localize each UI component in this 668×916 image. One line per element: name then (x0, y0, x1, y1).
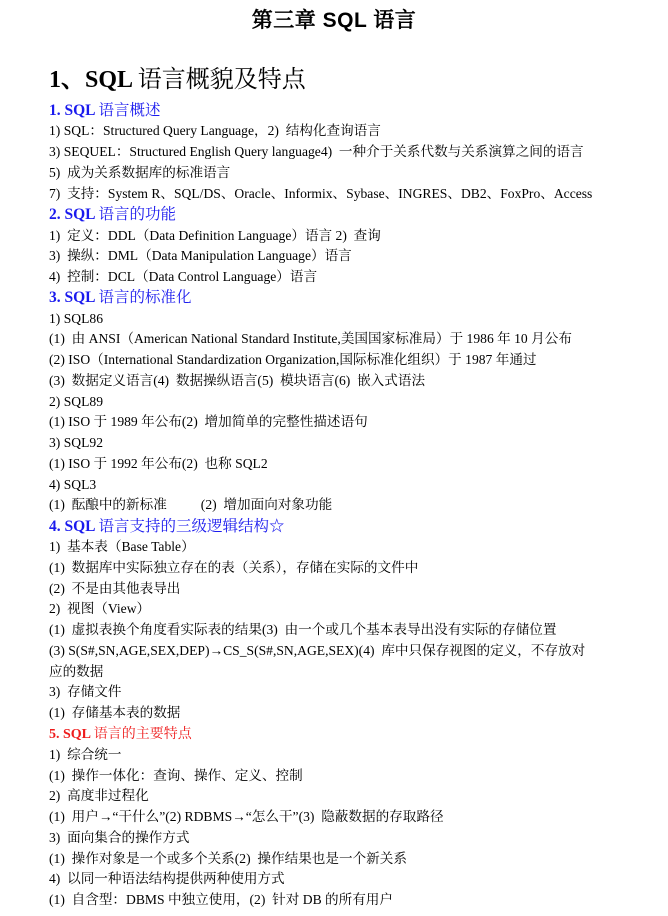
section-heading-logical-structure: 4. SQL 语言支持的三级逻辑结构☆ (49, 517, 285, 537)
text-line: 1) SQL：Structured Query Language，2) 结构化查… (49, 122, 381, 140)
text-line: (1) 虚拟表换个角度看实际表的结果(3) 由一个或几个基本表导出没有实际的存储… (49, 621, 556, 639)
text-line: (3) S(S#,SN,AGE,SEX,DEP)→CS_S(S#,SN,AGE,… (49, 642, 585, 660)
chapter-heading-number: 1、SQL (49, 67, 138, 93)
text-line: 1) 基本表（Base Table） (49, 538, 195, 556)
text-line: (1) 自含型：DBMS 中独立使用，(2) 针对 DB 的所有用户 (49, 891, 393, 909)
text-line: (1) ISO 于 1989 年公布(2) 增加简单的完整性描述语句 (49, 413, 368, 431)
section-number: 1. SQL (49, 102, 99, 119)
section-title: 语言的主要特点 (94, 727, 192, 742)
section-number: 2. SQL (49, 206, 99, 223)
section-heading-overview: 1. SQL 语言概述 (49, 101, 161, 121)
text-line: 1) 定义：DDL（Data Definition Language）语言 2)… (49, 227, 381, 245)
chapter-heading: 1、SQL 语言概貌及特点 (49, 64, 306, 96)
section-heading-features: 5. SQL 语言的主要特点 (49, 725, 192, 745)
text-line: 7) 支持：System R、SQL/DS、Oracle、Informix、Sy… (49, 185, 592, 203)
text-line: 4) SQL3 (49, 476, 96, 494)
text-line: 应的数据 (49, 663, 103, 681)
section-number: 4. SQL (49, 518, 99, 535)
section-title: 语言的标准化 (99, 289, 192, 306)
section-title: 语言概述 (99, 102, 161, 119)
text-line: (1) 存储基本表的数据 (49, 704, 180, 722)
text-line: 2) 高度非过程化 (49, 787, 149, 805)
text-line: (1) 操作对象是一个或多个关系(2) 操作结果也是一个新关系 (49, 850, 407, 868)
section-heading-standardization: 3. SQL 语言的标准化 (49, 288, 192, 308)
text-line: 5) 成为关系数据库的标准语言 (49, 164, 230, 182)
text-line: 3) 面向集合的操作方式 (49, 829, 189, 847)
text-line: (1) ISO 于 1992 年公布(2) 也称 SQL2 (49, 455, 268, 473)
section-number: 3. SQL (49, 289, 99, 306)
section-title: 语言的功能 (99, 206, 177, 223)
text-line: (1) 用户→“干什么”(2) RDBMS→“怎么干”(3) 隐蔽数据的存取路径 (49, 808, 444, 826)
section-title: 语言支持的三级逻辑结构☆ (99, 518, 285, 535)
text-line: (1) 数据库中实际独立存在的表（关系），存储在实际的文件中 (49, 559, 418, 577)
text-line: 3) SEQUEL：Structured English Query langu… (49, 143, 584, 161)
page-title: 第三章 SQL 语言 (0, 6, 668, 36)
text-line: 4) 控制：DCL（Data Control Language）语言 (49, 268, 317, 286)
text-line: (3) 数据定义语言(4) 数据操纵语言(5) 模块语言(6) 嵌入式语法 (49, 372, 425, 390)
chapter-heading-text: 语言概貌及特点 (138, 67, 306, 93)
section-heading-functions: 2. SQL 语言的功能 (49, 205, 176, 225)
section-number: 5. SQL (49, 727, 94, 742)
text-line: 3) 操纵：DML（Data Manipulation Language）语言 (49, 247, 352, 265)
text-line: (1) 操作一体化：查询、操作、定义、控制 (49, 767, 303, 785)
text-line: 3) SQL92 (49, 434, 103, 452)
text-line: 4) 以同一种语法结构提供两种使用方式 (49, 870, 285, 888)
text-line: 3) 存储文件 (49, 683, 122, 701)
text-line: 2) SQL89 (49, 393, 103, 411)
text-line: (1) 由 ANSI（American National Standard In… (49, 330, 572, 348)
text-line: 1) SQL86 (49, 310, 103, 328)
text-line: (2) ISO（International Standardization Or… (49, 351, 537, 369)
text-line: 1) 综合统一 (49, 746, 122, 764)
text-line: (2) 不是由其他表导出 (49, 580, 180, 598)
text-line: (1) 酝酿中的新标准 (2) 增加面向对象功能 (49, 496, 332, 514)
text-line: 2) 视图（View） (49, 600, 150, 618)
